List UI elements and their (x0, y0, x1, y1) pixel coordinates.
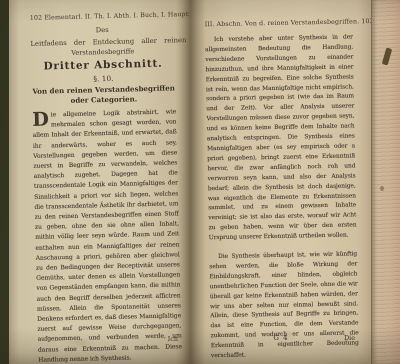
page-stain-2 (275, 330, 297, 338)
right-paragraph-2: Die Synthesis überhaupt ist, wie wir kün… (209, 250, 359, 362)
left-page: 102 Elementarl. II. Th. I. Abth. I. Buch… (9, 0, 189, 364)
left-running-header: 102 Elementarl. II. Th. I. Abth. I. Buch… (30, 11, 174, 22)
heading-des: Des (30, 24, 174, 36)
drop-cap-initial: D (32, 111, 49, 127)
book-photo: 102 Elementarl. II. Th. I. Abth. I. Buch… (0, 0, 400, 364)
fore-edge (371, 0, 400, 364)
edge-dot (380, 186, 384, 191)
edge-mark (382, 48, 392, 66)
right-page-content: III. Abschn. Von d. reinen Verstandesbeg… (186, 0, 375, 364)
right-catchword: Die (344, 334, 355, 342)
right-running-header: III. Abschn. Von d. reinen Verstandesbeg… (205, 18, 353, 28)
right-page: III. Abschn. Von d. reinen Verstandesbeg… (189, 0, 371, 364)
right-paragraph-1: Ich verstehe aber unter Synthesis in der… (205, 33, 357, 244)
left-page-content: 102 Elementarl. II. Th. I. Abth. I. Buch… (5, 0, 194, 364)
heading-line3: Verstandesbegriffe (31, 46, 175, 58)
page-stain (65, 337, 95, 348)
section-title: Dritter Abschnitt. (31, 57, 175, 73)
left-body-paragraph: Die allgemeine Logik abstrahirt, wie meh… (32, 107, 182, 364)
left-body-text: ie allgemeine Logik abstrahirt, wie mehr… (33, 108, 182, 363)
gutter-shadow (176, 0, 206, 364)
